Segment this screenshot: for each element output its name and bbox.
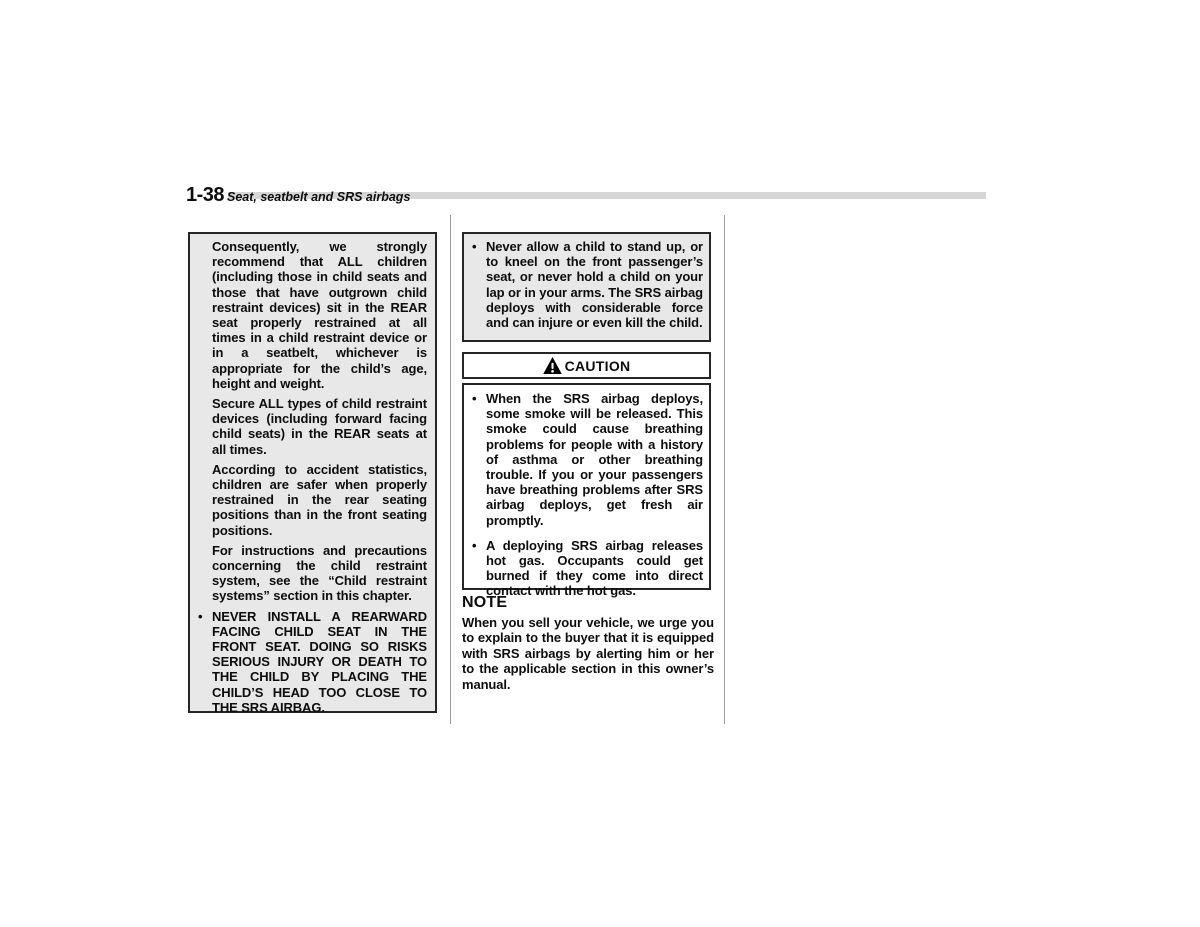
warning-paragraph: Secure ALL types of child restraint devi… [212,396,427,457]
page-number: 1-38 [186,184,224,207]
warning-paragraph: According to accident statistics, childr… [212,462,427,538]
warning-bullet-item: • Never allow a child to stand up, or to… [464,239,703,330]
caution-box: • When the SRS airbag deploys, some smok… [462,383,711,590]
note-heading: NOTE [462,594,714,612]
warning-paragraph: Consequently, we strongly recommend that… [212,239,427,391]
warning-bullet-text: Never allow a child to stand up, or to k… [486,239,703,330]
right-warning-box: • Never allow a child to stand up, or to… [462,232,711,342]
page-title: Seat, seatbelt and SRS airbags [227,190,410,204]
bullet-icon: • [472,391,477,406]
warning-bullet-item: • NEVER INSTALL A REARWARD FACING CHILD … [190,609,427,715]
caution-label: CAUTION [565,358,631,374]
note-text: When you sell your vehicle, we urge you … [462,615,714,692]
caution-bullet-item: • A deploying SRS airbag releases hot ga… [464,538,703,599]
caution-bullet-text: When the SRS airbag deploys, some smoke … [486,391,703,528]
warning-triangle-icon [543,357,562,374]
bullet-icon: • [198,609,203,624]
bullet-icon: • [472,538,477,553]
column-divider-right [724,215,725,724]
caution-bullet-item: • When the SRS airbag deploys, some smok… [464,391,703,528]
bullet-icon: • [472,239,477,254]
left-warning-box: Consequently, we strongly recommend that… [188,232,437,713]
column-divider-left [450,215,451,724]
caution-bullet-text: A deploying SRS airbag releases hot gas.… [486,538,703,599]
warning-bullet-text: NEVER INSTALL A REARWARD FACING CHILD SE… [212,609,427,715]
caution-banner: CAUTION [462,352,711,379]
note-section: NOTE When you sell your vehicle, we urge… [462,594,714,692]
warning-paragraph: For instructions and precautions concern… [212,543,427,604]
manual-page: 1-38 Seat, seatbelt and SRS airbags Cons… [0,0,1200,927]
